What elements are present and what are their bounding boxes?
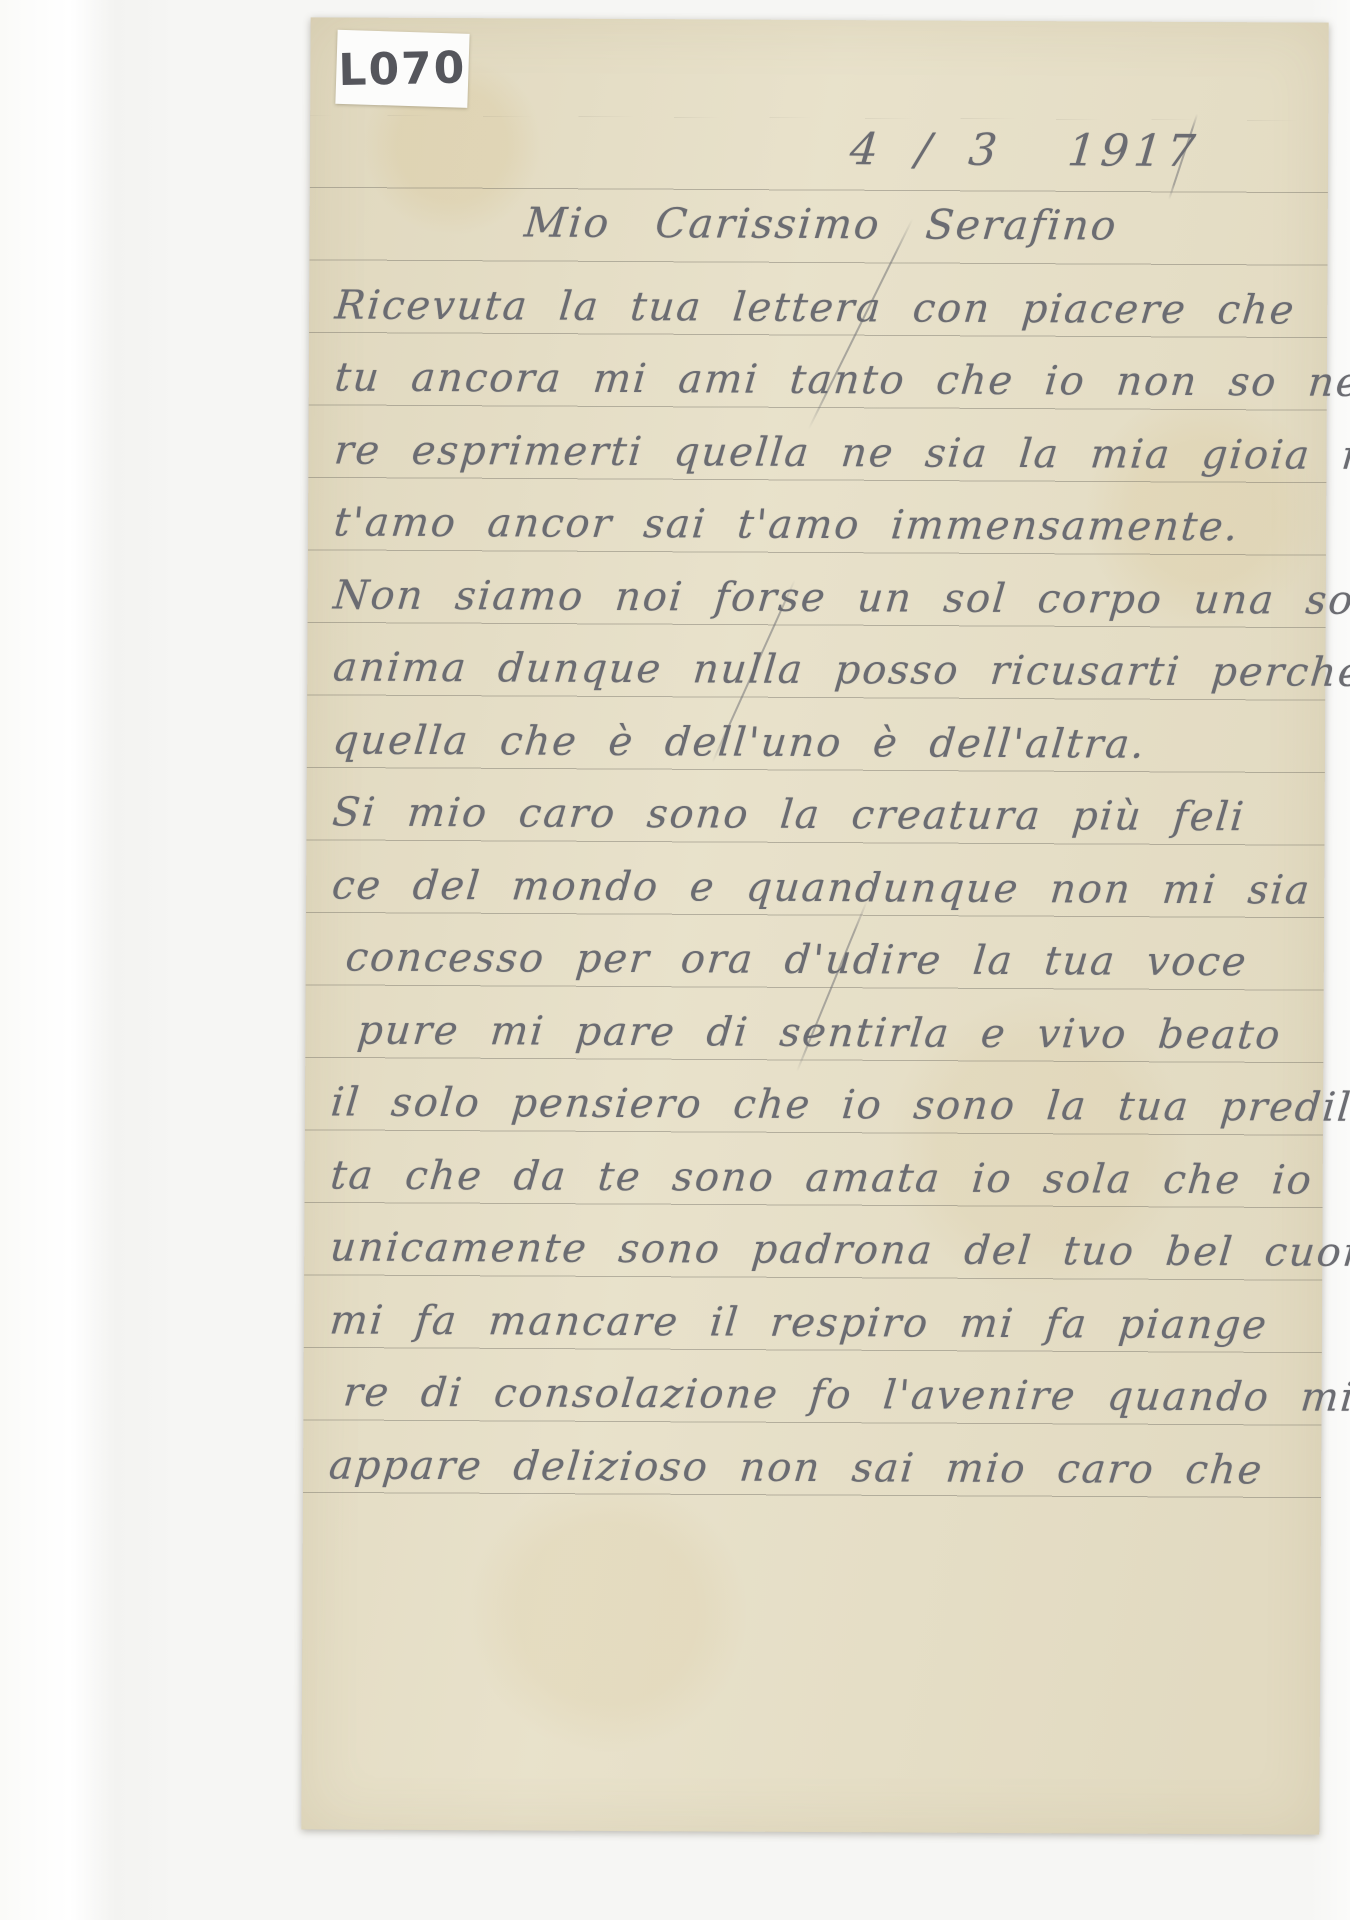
letter-line: Non siamo noi forse un sol corpo una sol… (331, 566, 1350, 630)
letter-line: ta che da te sono amata io sola che io (328, 1146, 1316, 1209)
letter-date: 4 / 3 1917 (848, 124, 1202, 177)
letter-line: il solo pensiero che io sono la tua pred… (328, 1073, 1350, 1137)
letter-line: re di consolazione fo l'avenire quando m… (341, 1364, 1350, 1427)
letter-salutation: Mio Carissimo Serafino (522, 198, 1119, 249)
letter-line: t'amo ancor sai t'amo immensamente. (331, 493, 1242, 556)
archive-sticker: L070 (335, 30, 469, 108)
letter-line: appare delizioso non sai mio caro che (326, 1436, 1266, 1499)
letter-line: tu ancora mi ami tanto che io non so nep… (332, 348, 1350, 412)
scanner-background: L070 4 / 3 1917 Mio Carissimo Serafino R… (0, 0, 1350, 1920)
archive-label: L070 (338, 42, 467, 96)
letter-line: concesso per ora d'udire la tua voce (343, 929, 1250, 992)
letter-line: ce del mondo e quandunque non mi sia (330, 856, 1314, 919)
letter-line: anima dunque nulla posso ricusarti perch… (331, 638, 1350, 701)
letter-line: Ricevuta la tua lettera con piacere che (333, 276, 1299, 339)
letter-line: re esprimerti quella ne sia la mia gioia… (332, 421, 1350, 485)
letter-line: quella che è dell'uno è dell'altra. (330, 711, 1148, 773)
letter-paper: L070 4 / 3 1917 Mio Carissimo Serafino R… (301, 17, 1328, 1834)
letter-line: unicamente sono padrona del tuo bel cuor… (328, 1218, 1350, 1282)
letter-line: Si mio caro sono la creatura più feli (330, 783, 1248, 846)
letter-line: mi fa mancare il respiro mi fa piange (327, 1291, 1271, 1354)
